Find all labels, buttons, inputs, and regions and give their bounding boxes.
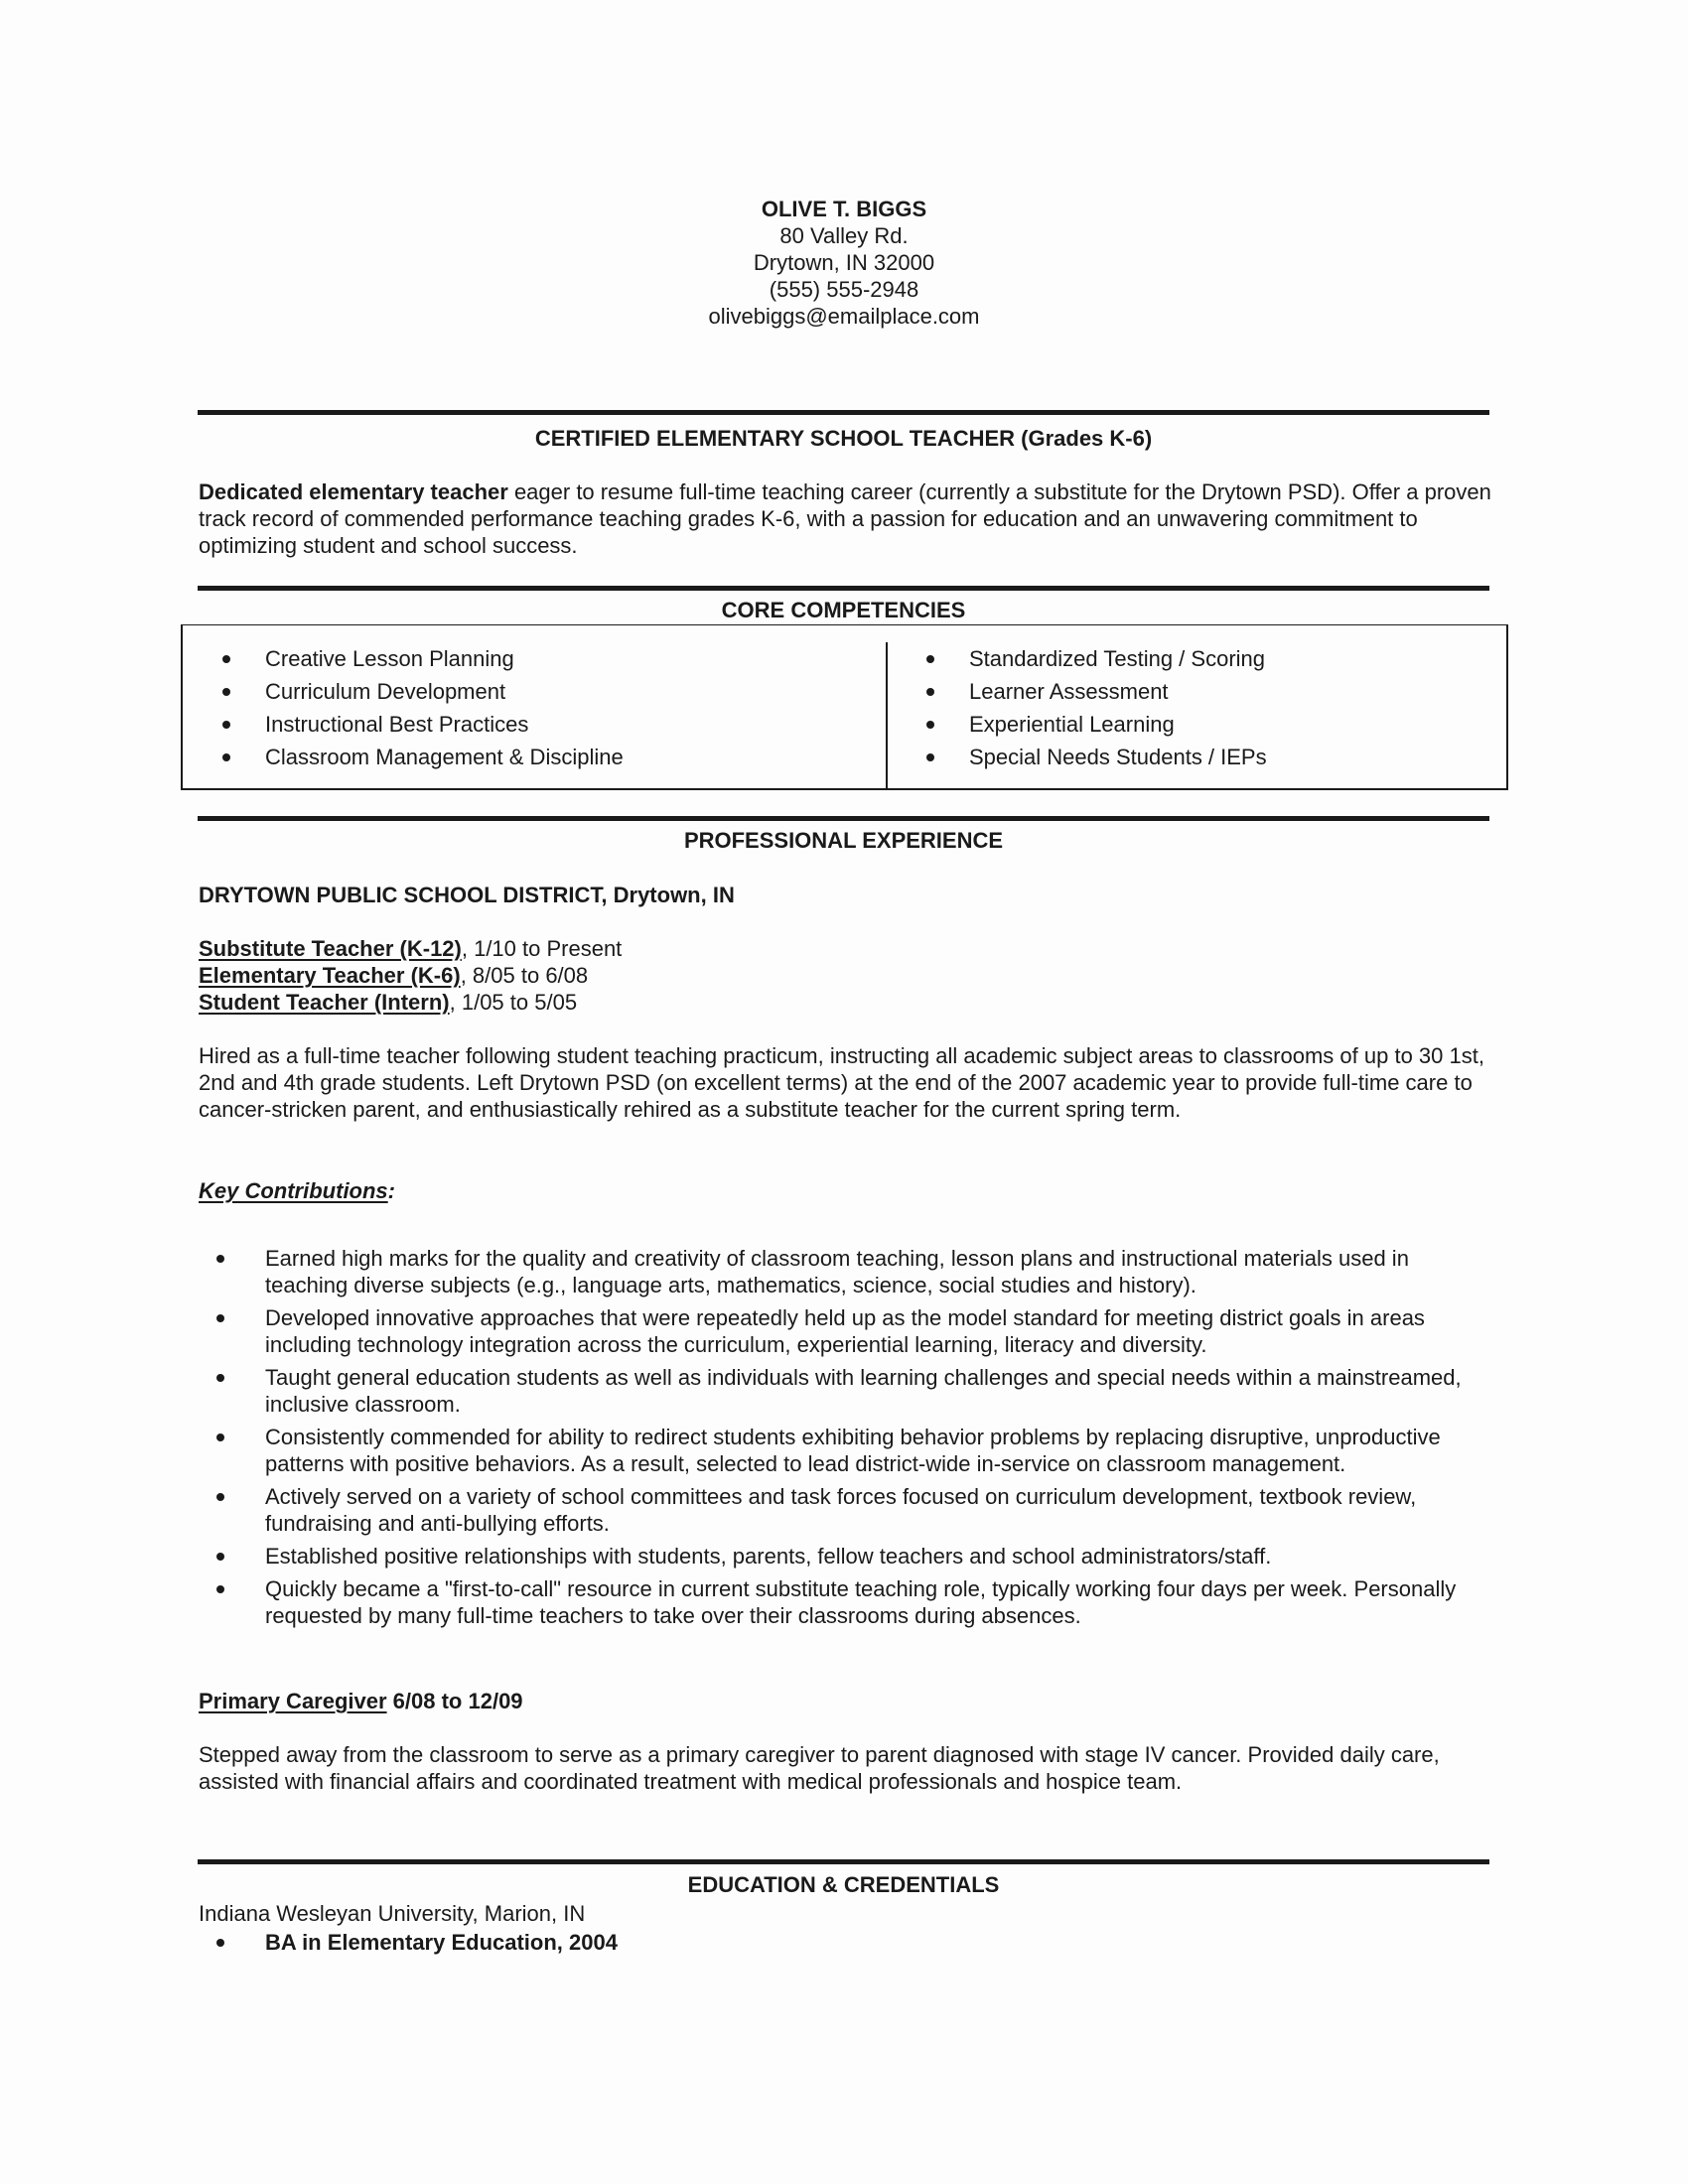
employer-line: DRYTOWN PUBLIC SCHOOL DISTRICT, Drytown,…: [199, 882, 1499, 908]
competencies-title: CORE COMPETENCIES: [198, 597, 1489, 623]
contribution-text: Earned high marks for the quality and cr…: [265, 1246, 1409, 1297]
contributions-colon: :: [388, 1178, 395, 1203]
contribution-item: Developed innovative approaches that wer…: [199, 1304, 1489, 1358]
bullet-icon: [214, 1929, 226, 1956]
bullet-icon: [214, 1245, 226, 1272]
contribution-item: Taught general education students as wel…: [199, 1364, 1489, 1418]
role-title: Student Teacher (Intern): [199, 990, 450, 1015]
address-line-2: Drytown, IN 32000: [0, 249, 1688, 276]
competency-text: Classroom Management & Discipline: [265, 745, 624, 769]
contribution-text: Taught general education students as wel…: [265, 1365, 1462, 1417]
contributions-heading-line: Key Contributions:: [199, 1177, 1499, 1204]
competency-item: Instructional Best Practices: [220, 711, 624, 744]
section-divider: [198, 816, 1489, 821]
bullet-icon: [924, 711, 936, 738]
contribution-item: Quickly became a "first-to-call" resourc…: [199, 1575, 1489, 1629]
role-title: Elementary Teacher (K-6): [199, 963, 461, 988]
caregiver-line: Primary Caregiver 6/08 to 12/09: [199, 1688, 1499, 1714]
bullet-icon: [220, 711, 232, 738]
education-school: Indiana Wesleyan University, Marion, IN: [199, 1900, 1499, 1927]
competency-text: Curriculum Development: [265, 679, 505, 704]
address-line-1: 80 Valley Rd.: [0, 222, 1688, 249]
contribution-item: Consistently commended for ability to re…: [199, 1424, 1489, 1477]
bullet-icon: [214, 1304, 226, 1331]
contribution-text: Quickly became a "first-to-call" resourc…: [265, 1576, 1456, 1628]
competency-text: Learner Assessment: [969, 679, 1169, 704]
caregiver-title: Primary Caregiver: [199, 1689, 387, 1713]
competency-item: Special Needs Students / IEPs: [924, 744, 1267, 776]
bullet-icon: [214, 1364, 226, 1391]
competency-text: Experiential Learning: [969, 712, 1175, 737]
bullet-icon: [214, 1543, 226, 1570]
bullet-icon: [924, 678, 936, 705]
employer-location: , Drytown, IN: [601, 883, 734, 907]
experience-title: PROFESSIONAL EXPERIENCE: [198, 827, 1489, 854]
experience-description: Hired as a full-time teacher following s…: [199, 1042, 1499, 1123]
bullet-icon: [214, 1424, 226, 1450]
competency-text: Standardized Testing / Scoring: [969, 646, 1265, 671]
phone-number: (555) 555-2948: [0, 276, 1688, 303]
competency-item: Creative Lesson Planning: [220, 645, 624, 678]
caregiver-dates: 6/08 to 12/09: [387, 1689, 523, 1713]
bullet-icon: [214, 1483, 226, 1510]
section-divider: [198, 410, 1489, 415]
caregiver-description: Stepped away from the classroom to serve…: [199, 1741, 1499, 1795]
role-dates: , 8/05 to 6/08: [461, 963, 588, 988]
competency-text: Instructional Best Practices: [265, 712, 528, 737]
education-degree-item: BA in Elementary Education, 2004: [199, 1929, 618, 1956]
competency-item: Classroom Management & Discipline: [220, 744, 624, 776]
education-title: EDUCATION & CREDENTIALS: [198, 1871, 1489, 1898]
summary-title: CERTIFIED ELEMENTARY SCHOOL TEACHER (Gra…: [198, 425, 1489, 452]
contribution-text: Consistently commended for ability to re…: [265, 1425, 1441, 1476]
bullet-icon: [924, 645, 936, 672]
role-item: Substitute Teacher (K-12), 1/10 to Prese…: [199, 935, 1499, 962]
contribution-text: Developed innovative approaches that wer…: [265, 1305, 1425, 1357]
bullet-icon: [220, 744, 232, 770]
contact-header: OLIVE T. BIGGS 80 Valley Rd. Drytown, IN…: [0, 196, 1688, 330]
contribution-item: Actively served on a variety of school c…: [199, 1483, 1489, 1537]
bullet-icon: [924, 744, 936, 770]
bullet-icon: [220, 645, 232, 672]
contribution-item: Established positive relationships with …: [199, 1543, 1489, 1570]
roles-list: Substitute Teacher (K-12), 1/10 to Prese…: [199, 935, 1499, 1016]
competency-item: Learner Assessment: [924, 678, 1267, 711]
role-dates: , 1/10 to Present: [462, 936, 622, 961]
contributions-list: Earned high marks for the quality and cr…: [199, 1245, 1489, 1635]
contribution-text: Established positive relationships with …: [265, 1544, 1271, 1569]
candidate-name: OLIVE T. BIGGS: [0, 196, 1688, 222]
summary-lead: Dedicated elementary teacher: [199, 479, 508, 504]
competency-text: Special Needs Students / IEPs: [969, 745, 1267, 769]
role-item: Elementary Teacher (K-6), 8/05 to 6/08: [199, 962, 1499, 989]
bullet-icon: [214, 1575, 226, 1602]
competency-item: Experiential Learning: [924, 711, 1267, 744]
competency-item: Standardized Testing / Scoring: [924, 645, 1267, 678]
contributions-heading: Key Contributions: [199, 1178, 388, 1203]
role-dates: , 1/05 to 5/05: [450, 990, 577, 1015]
competencies-column-divider: [886, 642, 888, 789]
role-title: Substitute Teacher (K-12): [199, 936, 462, 961]
education-degree: BA in Elementary Education, 2004: [265, 1930, 618, 1955]
competency-item: Curriculum Development: [220, 678, 624, 711]
contribution-item: Earned high marks for the quality and cr…: [199, 1245, 1489, 1298]
summary-paragraph: Dedicated elementary teacher eager to re…: [199, 478, 1499, 559]
bullet-icon: [220, 678, 232, 705]
role-item: Student Teacher (Intern), 1/05 to 5/05: [199, 989, 1499, 1016]
competency-text: Creative Lesson Planning: [265, 646, 514, 671]
contribution-text: Actively served on a variety of school c…: [265, 1484, 1416, 1536]
section-divider: [198, 586, 1489, 591]
email-address: olivebiggs@emailplace.com: [0, 303, 1688, 330]
section-divider: [198, 1859, 1489, 1864]
competencies-right-list: Standardized Testing / Scoring Learner A…: [924, 645, 1267, 776]
competencies-left-list: Creative Lesson Planning Curriculum Deve…: [220, 645, 624, 776]
employer-name: DRYTOWN PUBLIC SCHOOL DISTRICT: [199, 883, 601, 907]
